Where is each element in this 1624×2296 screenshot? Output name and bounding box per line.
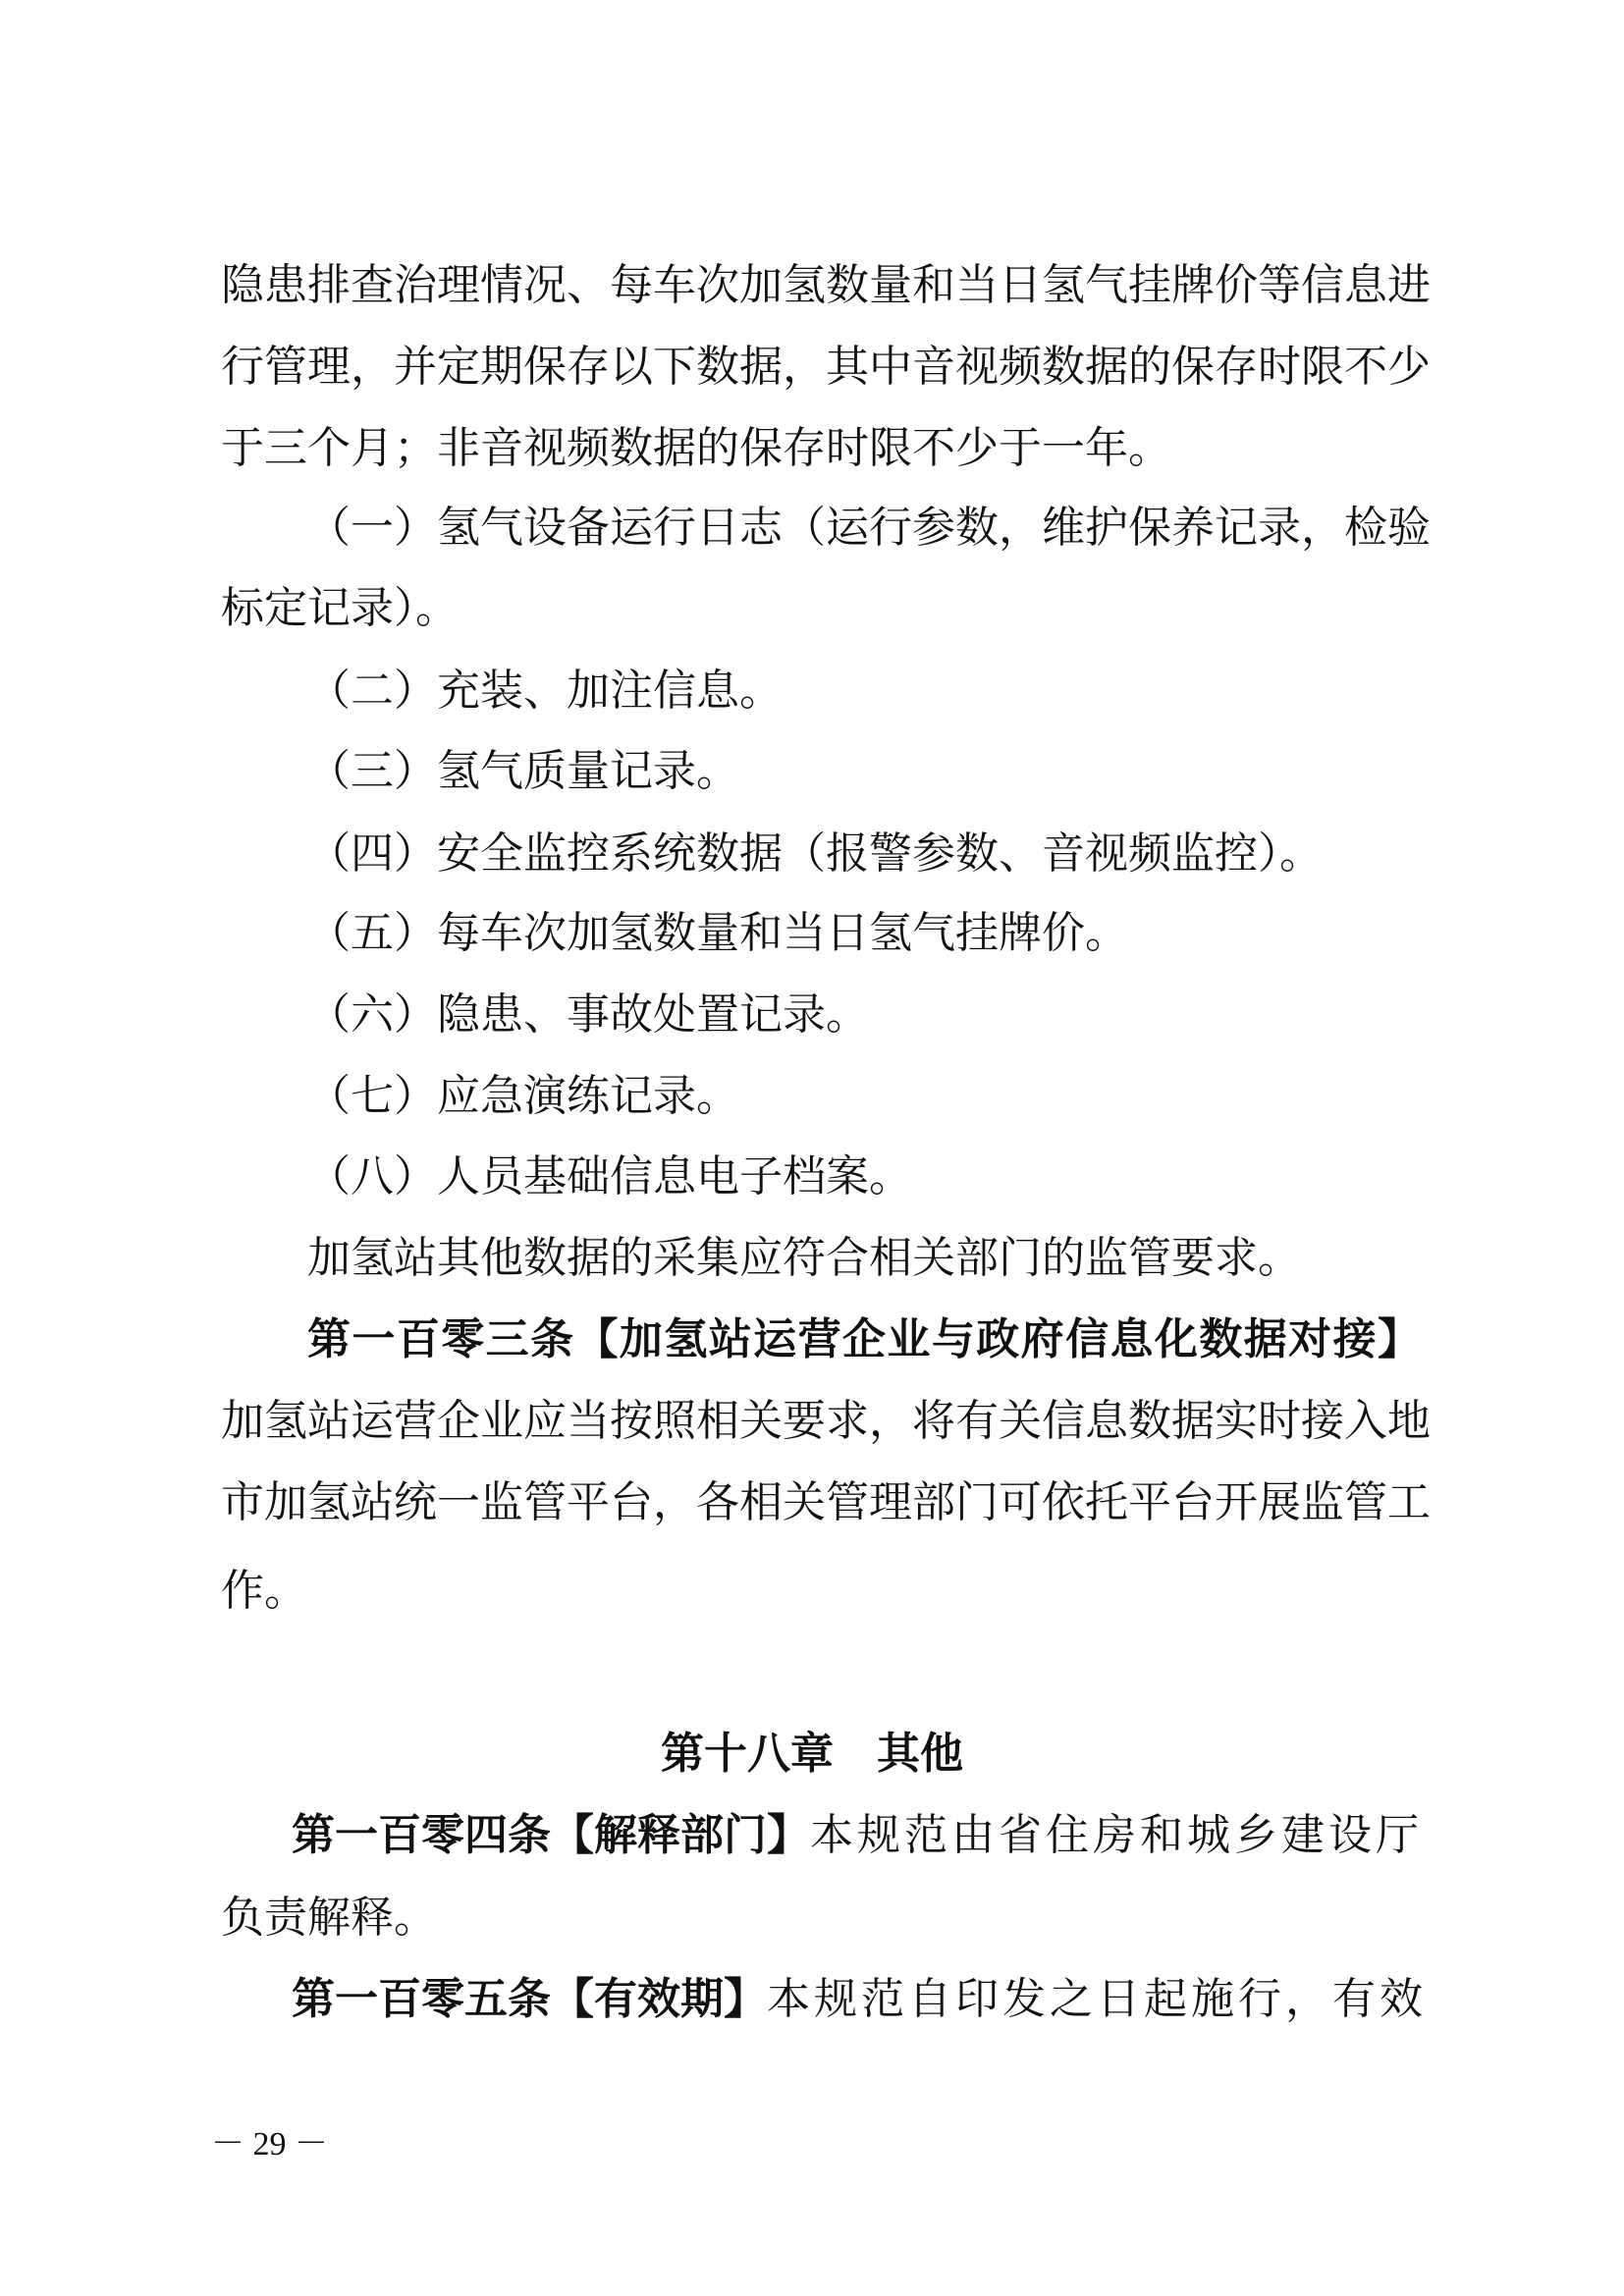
article-103-line: 作。 bbox=[221, 1550, 1421, 1631]
page-number: － 29 － bbox=[211, 2120, 328, 2169]
list-item-1: （一）氢气设备运行日志（运行参数，维护保养记录，检验 bbox=[307, 487, 1421, 568]
list-item-5: （五）每车次加氢数量和当日氢气挂牌价。 bbox=[307, 892, 1421, 974]
paragraph-line: 于三个月；非音视频数据的保存时限不少于一年。 bbox=[221, 407, 1421, 489]
article-103-line: 加氢站运营企业应当按照相关要求，将有关信息数据实时接入地 bbox=[221, 1380, 1421, 1462]
article-103-heading: 第一百零三条【加氢站运营企业与政府信息化数据对接】 bbox=[307, 1299, 1421, 1380]
article-103-line: 市加氢站统一监管平台，各相关管理部门可依托平台开展监管工 bbox=[221, 1462, 1421, 1543]
article-104: 第一百零四条【解释部门】 本规范由省住房和城乡建设厅 bbox=[292, 1794, 1421, 1876]
article-104-body: 本规范由省住房和城乡建设厅 bbox=[810, 1794, 1423, 1876]
article-104-body-continued: 负责解释。 bbox=[221, 1877, 1421, 1958]
document-page: 隐患排查治理情况、每车次加氢数量和当日氢气挂牌价等信息进 行管理，并定期保存以下… bbox=[0, 0, 1624, 2296]
list-item-4: （四）安全监控系统数据（报警参数、音视频监控）。 bbox=[307, 813, 1421, 894]
closing-sentence: 加氢站其他数据的采集应符合相关部门的监管要求。 bbox=[307, 1217, 1421, 1299]
list-item-2: （二）充装、加注信息。 bbox=[307, 650, 1421, 731]
article-105-heading: 第一百零五条【有效期】 bbox=[292, 1958, 767, 2040]
article-105: 第一百零五条【有效期】 本规范自印发之日起施行，有效 bbox=[292, 1958, 1421, 2040]
list-item-6: （六）隐患、事故处置记录。 bbox=[307, 974, 1421, 1055]
list-item-3: （三）氢气质量记录。 bbox=[307, 730, 1421, 812]
article-104-heading: 第一百零四条【解释部门】 bbox=[292, 1794, 810, 1876]
chapter-title: 第十八章 其他 bbox=[0, 1713, 1624, 1794]
list-item-1-continued: 标定记录）。 bbox=[221, 567, 1421, 649]
list-item-7: （七）应急演练记录。 bbox=[307, 1055, 1421, 1137]
list-item-8: （八）人员基础信息电子档案。 bbox=[307, 1136, 1421, 1217]
paragraph-line: 隐患排查治理情况、每车次加氢数量和当日氢气挂牌价等信息进 bbox=[221, 244, 1421, 326]
article-105-body: 本规范自印发之日起施行，有效 bbox=[767, 1958, 1427, 2040]
paragraph-line: 行管理，并定期保存以下数据，其中音视频数据的保存时限不少 bbox=[221, 326, 1421, 407]
